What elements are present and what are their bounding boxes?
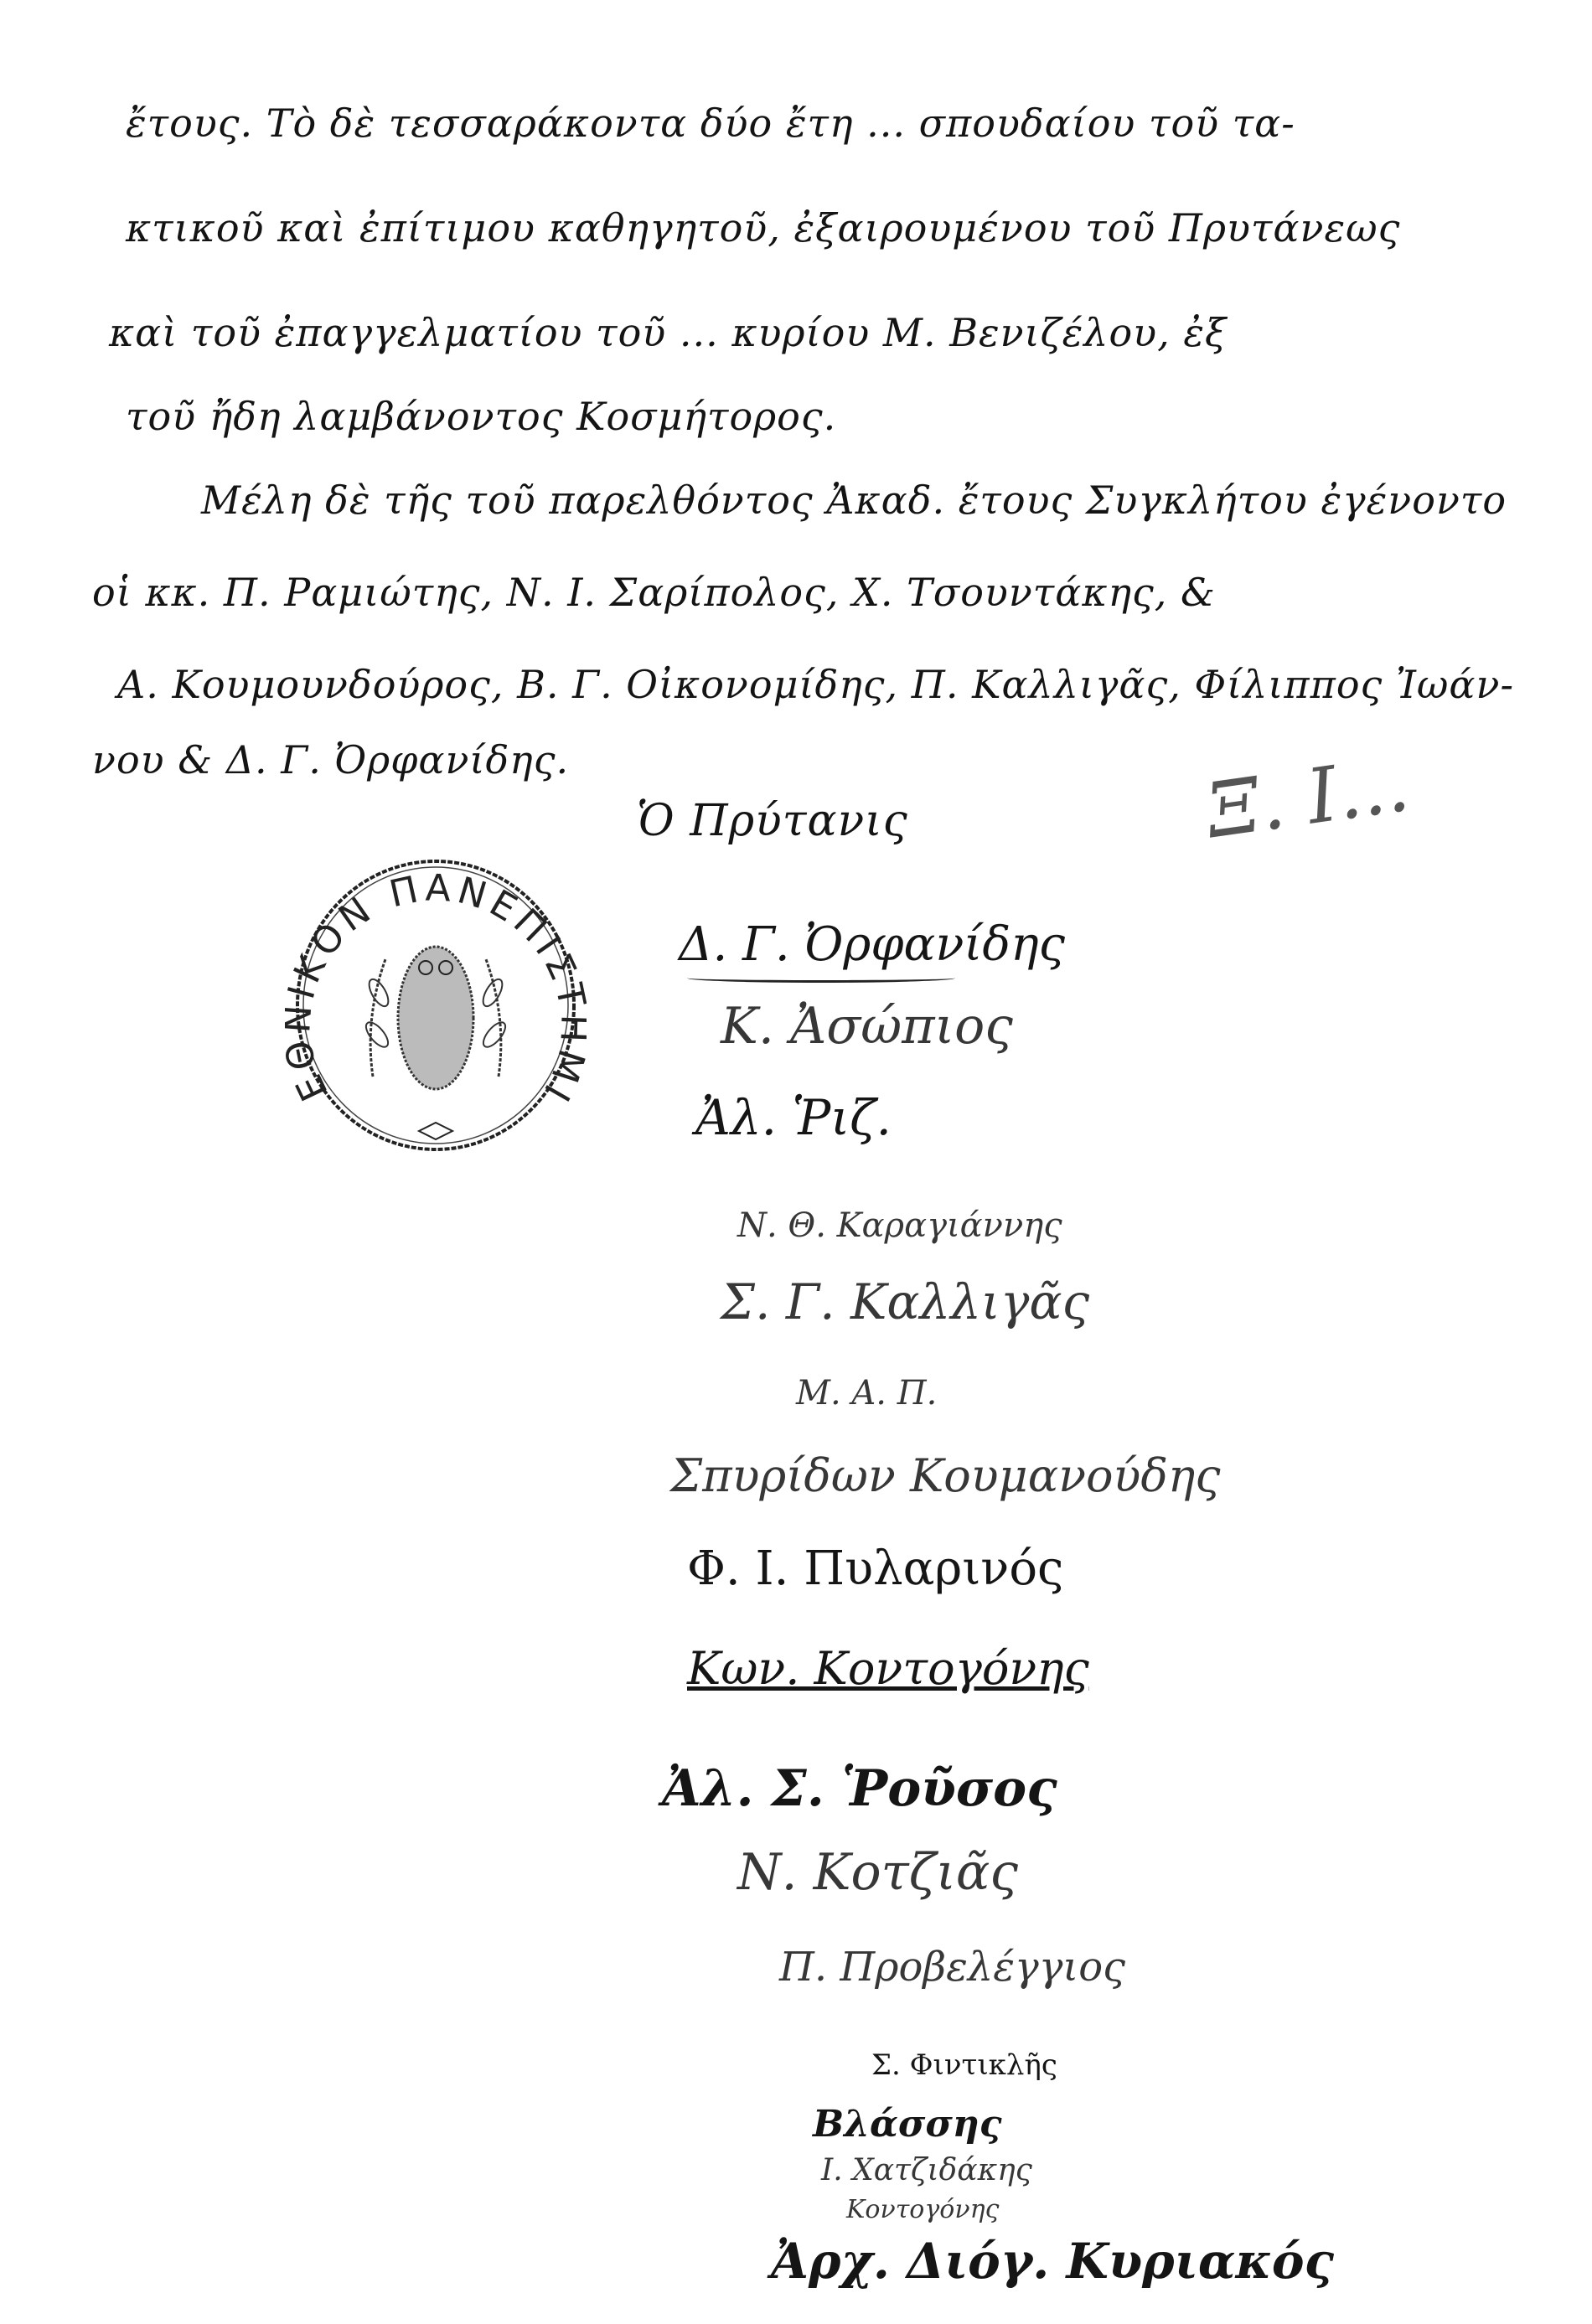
university-seal: ΕΘΝΙΚΟΝ ΠΑΝΕΠΙΣΤΗΜΙΟΝ ΕΘΝΙΚΟΝ ΠΑΝΕΠΙΣΤΗΜ… bbox=[285, 850, 587, 1160]
body-line-3: καὶ τοῦ ἐπαγγελματίου τοῦ ... κυρίου Μ. … bbox=[109, 310, 1227, 355]
body-line-5: Μέλη δὲ τῆς τοῦ παρελθόντος Ἀκαδ. ἔτους … bbox=[201, 478, 1507, 523]
signature-15: Ι. Χατζιδάκης bbox=[821, 2153, 1032, 2187]
signature-13: Σ. Φιντικλῆς bbox=[871, 2048, 1057, 2082]
signature-6: Μ. Α. Π. bbox=[796, 1374, 937, 1412]
body-line-6: οἱ κκ. Π. Ραμιώτης, Ν. Ι. Σαρίπολος, Χ. … bbox=[92, 570, 1216, 615]
signature-5: Σ. Γ. Καλλιγᾶς bbox=[721, 1273, 1089, 1330]
signature-12: Π. Προβελέγγιος bbox=[779, 1944, 1125, 1991]
owl-seal-icon: ΕΘΝΙΚΟΝ ΠΑΝΕΠΙΣΤΗΜΙΟΝ bbox=[285, 850, 587, 1160]
signature-10: Ἀλ. Σ. Ῥοῦσος bbox=[662, 1759, 1057, 1818]
body-line-8: νου & Δ. Γ. Ὀρφανίδης. bbox=[92, 737, 569, 782]
signature-underline bbox=[687, 973, 955, 983]
signature-1: Δ. Γ. Ὀρφανίδης bbox=[679, 917, 1065, 972]
right-signature: Ξ. Ι... bbox=[1202, 741, 1414, 856]
body-line-1: ἔτους. Τὸ δὲ τεσσαράκοντα δύο ἔτη ... σπ… bbox=[126, 101, 1295, 146]
closing-title: Ὁ Πρύτανις bbox=[637, 796, 908, 846]
document-page: ἔτους. Τὸ δὲ τεσσαράκοντα δύο ἔτη ... σπ… bbox=[0, 0, 1592, 2324]
body-line-2: κτικοῦ καὶ ἐπίτιμου καθηγητοῦ, ἐξαιρουμέ… bbox=[126, 205, 1400, 250]
signature-2: Κ. Ἀσώπιος bbox=[721, 997, 1013, 1056]
body-line-7: Α. Κουμουνδούρος, Β. Γ. Οἰκονομίδης, Π. … bbox=[117, 662, 1514, 707]
signature-8: Φ. Ι. Πυλαρινός bbox=[687, 1542, 1063, 1596]
signature-9: Κων. Κοντογόνης bbox=[687, 1642, 1089, 1695]
signature-16: Κοντογόνης bbox=[846, 2195, 999, 2224]
signature-11: Ν. Κοτζιᾶς bbox=[737, 1843, 1018, 1902]
signature-4: Ν. Θ. Καραγιάννης bbox=[737, 1206, 1062, 1245]
body-line-4: τοῦ ἤδη λαμβάνοντος Κοσμήτορος. bbox=[126, 394, 836, 439]
signature-17: Ἀρχ. Διόγ. Κυριακός bbox=[771, 2233, 1334, 2290]
signature-7: Σπυρίδων Κουμανούδης bbox=[670, 1449, 1220, 1502]
signature-3: Ἀλ. Ῥιζ. bbox=[695, 1089, 892, 1146]
signature-14: Βλάσσης bbox=[813, 2103, 1002, 2146]
